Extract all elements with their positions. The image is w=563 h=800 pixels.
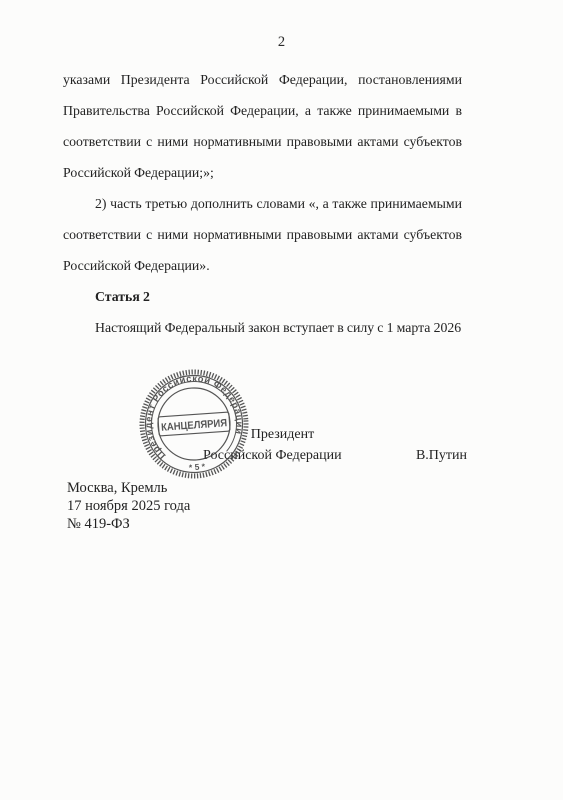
chancellery-stamp: Президент Российской Федерации КАНЦЕЛЯРИ… (134, 364, 254, 484)
signature-name: В.Путин (416, 445, 467, 466)
article-heading: Статья 2 (63, 281, 462, 312)
stamp-ring-text: Президент Российской Федерации (139, 369, 248, 463)
footer-doc-number: № 419-ФЗ (67, 515, 190, 533)
article-sentence: Настоящий Федеральный закон вступает в с… (63, 312, 462, 343)
footer-block: Москва, Кремль 17 ноября 2025 года № 419… (67, 479, 190, 533)
page-number: 2 (0, 34, 563, 51)
footer-date: 17 ноября 2025 года (67, 497, 190, 515)
document-page: 2 указами Президента Российской Федераци… (0, 0, 563, 800)
document-body: указами Президента Российской Федерации,… (63, 64, 462, 343)
paragraph-line: Правительства Российской Федерации, а та… (63, 95, 462, 126)
paragraph-line: Российской Федерации». (63, 250, 462, 281)
stamp-center-text: КАНЦЕЛЯРИЯ (161, 417, 228, 434)
paragraph-line: указами Президента Российской Федерации,… (63, 64, 462, 95)
paragraph-line: Российской Федерации;»; (63, 157, 462, 188)
paragraph-line: соответствии с ними нормативными правовы… (63, 219, 462, 250)
stamp-bottom-mark: * 5 * (189, 461, 206, 472)
paragraph-line: соответствии с ними нормативными правовы… (63, 126, 462, 157)
paragraph-line: 2) часть третью дополнить словами «, а т… (63, 188, 462, 219)
svg-text:Президент Российской Федерации: Президент Российской Федерации (139, 369, 248, 463)
